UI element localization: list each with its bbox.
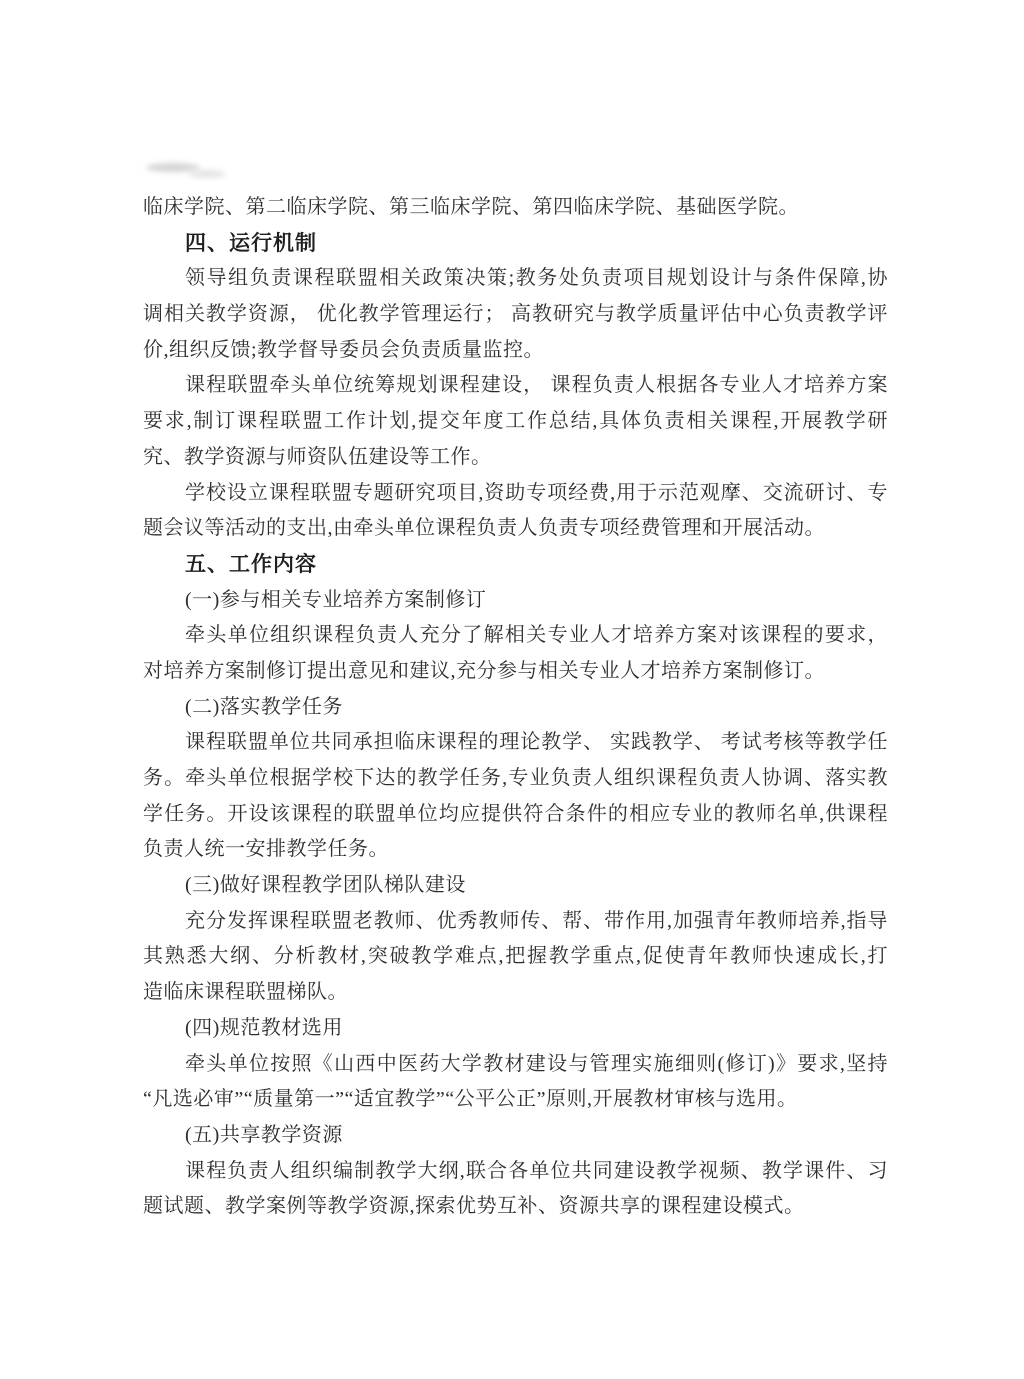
text-line: 务。牵头单位根据学校下达的教学任务,专业负责人组织课程负责人协调、落实教 <box>143 761 888 797</box>
paragraph: 充分发挥课程联盟老教师、优秀教师传、帮、带作用,加强青年教师培养,指导其熟悉大纲… <box>143 904 888 1011</box>
paragraph: (一)参与相关专业培养方案制修订 <box>143 583 888 619</box>
text-line: 题试题、教学案例等教学资源,探索优势互补、资源共享的课程建设模式。 <box>143 1189 888 1225</box>
paragraph: 课程联盟牵头单位统筹规划课程建设， 课程负责人根据各专业人才培养方案要求,制订课… <box>143 368 888 475</box>
text-line: (四)规范教材选用 <box>143 1011 888 1047</box>
text-line: 牵头单位按照《山西中医药大学教材建设与管理实施细则(修订)》要求,坚持 <box>143 1047 888 1083</box>
text-line: 其熟悉大纲、分析教材,突破教学难点,把握教学重点,促使青年教师快速成长,打 <box>143 939 888 975</box>
text-line: 课程联盟单位共同承担临床课程的理论教学、 实践教学、 考试考核等教学任 <box>143 725 888 761</box>
paragraph: 临床学院、第二临床学院、第三临床学院、第四临床学院、基础医学院。 <box>143 190 888 226</box>
text-line: 学任务。开设该课程的联盟单位均应提供符合条件的相应专业的教师名单,供课程 <box>143 797 888 833</box>
heading-line: 四、运行机制 <box>143 226 888 262</box>
section-heading: 四、运行机制 <box>143 226 888 262</box>
text-line: “凡选必审”“质量第一”“适宜教学”“公平公正”原则,开展教材审核与选用。 <box>143 1082 888 1118</box>
paragraph: (二)落实教学任务 <box>143 690 888 726</box>
scan-smudge-artifact <box>188 170 226 178</box>
text-line: (五)共享教学资源 <box>143 1118 888 1154</box>
text-line: 价,组织反馈;教学督导委员会负责质量监控。 <box>143 333 888 369</box>
text-line: 充分发挥课程联盟老教师、优秀教师传、帮、带作用,加强青年教师培养,指导 <box>143 904 888 940</box>
paragraph: 课程负责人组织编制教学大纲,联合各单位共同建设教学视频、教学课件、习题试题、教学… <box>143 1154 888 1225</box>
heading-line: 五、工作内容 <box>143 547 888 583</box>
text-line: 调相关教学资源， 优化教学管理运行； 高教研究与教学质量评估中心负责教学评 <box>143 297 888 333</box>
paragraph: 学校设立课程联盟专题研究项目,资助专项经费,用于示范观摩、交流研讨、专题会议等活… <box>143 476 888 547</box>
text-line: (二)落实教学任务 <box>143 690 888 726</box>
text-line: 课程负责人组织编制教学大纲,联合各单位共同建设教学视频、教学课件、习 <box>143 1154 888 1190</box>
text-line: 课程联盟牵头单位统筹规划课程建设， 课程负责人根据各专业人才培养方案 <box>143 368 888 404</box>
document-page: 临床学院、第二临床学院、第三临床学院、第四临床学院、基础医学院。四、运行机制领导… <box>0 0 1024 1379</box>
text-line: 负责人统一安排教学任务。 <box>143 832 888 868</box>
text-line: 造临床课程联盟梯队。 <box>143 975 888 1011</box>
paragraph: 领导组负责课程联盟相关政策决策;教务处负责项目规划设计与条件保障,协调相关教学资… <box>143 261 888 368</box>
paragraph: 牵头单位组织课程负责人充分了解相关专业人才培养方案对该课程的要求，对培养方案制修… <box>143 618 888 689</box>
section-heading: 五、工作内容 <box>143 547 888 583</box>
text-line: (三)做好课程教学团队梯队建设 <box>143 868 888 904</box>
text-line: 领导组负责课程联盟相关政策决策;教务处负责项目规划设计与条件保障,协 <box>143 261 888 297</box>
paragraph: (四)规范教材选用 <box>143 1011 888 1047</box>
text-line: 临床学院、第二临床学院、第三临床学院、第四临床学院、基础医学院。 <box>143 190 888 226</box>
text-line: 要求,制订课程联盟工作计划,提交年度工作总结,具体负责相关课程,开展教学研 <box>143 404 888 440</box>
paragraph: (三)做好课程教学团队梯队建设 <box>143 868 888 904</box>
paragraph: 课程联盟单位共同承担临床课程的理论教学、 实践教学、 考试考核等教学任务。牵头单… <box>143 725 888 868</box>
text-line: (一)参与相关专业培养方案制修订 <box>143 583 888 619</box>
paragraph: 牵头单位按照《山西中医药大学教材建设与管理实施细则(修订)》要求,坚持“凡选必审… <box>143 1047 888 1118</box>
text-line: 究、教学资源与师资队伍建设等工作。 <box>143 440 888 476</box>
paragraph: (五)共享教学资源 <box>143 1118 888 1154</box>
document-content: 临床学院、第二临床学院、第三临床学院、第四临床学院、基础医学院。四、运行机制领导… <box>143 190 888 1225</box>
text-line: 对培养方案制修订提出意见和建议,充分参与相关专业人才培养方案制修订。 <box>143 654 888 690</box>
text-line: 题会议等活动的支出,由牵头单位课程负责人负责专项经费管理和开展活动。 <box>143 511 888 547</box>
text-line: 学校设立课程联盟专题研究项目,资助专项经费,用于示范观摩、交流研讨、专 <box>143 476 888 512</box>
text-line: 牵头单位组织课程负责人充分了解相关专业人才培养方案对该课程的要求， <box>143 618 888 654</box>
